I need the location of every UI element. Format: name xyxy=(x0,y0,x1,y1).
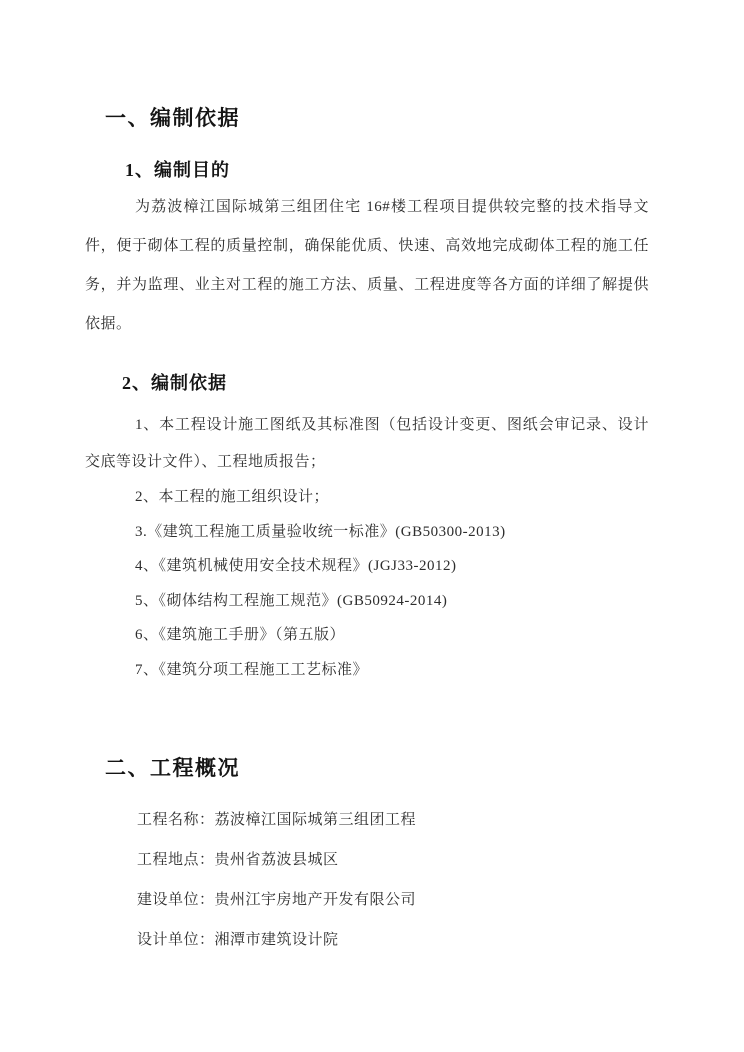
construction-unit-line: 建设单位：贵州江宇房地产开发有限公司 xyxy=(137,880,416,920)
basis-item-6: 6、《建筑施工手册》（第五版） xyxy=(85,617,649,654)
project-name-line: 工程名称：荔波樟江国际城第三组团工程 xyxy=(137,800,416,840)
subsection-heading-compilation-purpose: 1、编制目的 xyxy=(125,156,230,182)
basis-item-3: 3.《建筑工程施工质量验收统一标准》(GB50300-2013) xyxy=(85,514,649,551)
purpose-paragraph: 为荔波樟江国际城第三组团住宅 16#楼工程项目提供较完整的技术指导文件，便于砌体… xyxy=(85,188,649,344)
subsection-heading-compilation-references: 2、编制依据 xyxy=(122,369,227,395)
section-heading-project-overview: 二、工程概况 xyxy=(105,752,240,782)
basis-item-4: 4、《建筑机械使用安全技术规程》(JGJ33-2012) xyxy=(85,548,649,585)
project-location-line: 工程地点：贵州省荔波县城区 xyxy=(137,840,339,880)
basis-item-5: 5、《砌体结构工程施工规范》(GB50924-2014) xyxy=(85,583,649,620)
basis-item-7: 7、《建筑分项工程施工工艺标准》 xyxy=(85,652,649,689)
document-page: 一、编制依据 1、编制目的 为荔波樟江国际城第三组团住宅 16#楼工程项目提供较… xyxy=(0,0,744,1052)
section-heading-compilation-basis: 一、编制依据 xyxy=(105,102,240,132)
basis-item-2: 2、本工程的施工组织设计； xyxy=(85,479,649,516)
design-unit-line: 设计单位：湘潭市建筑设计院 xyxy=(137,920,339,960)
basis-item-1: 1、本工程设计施工图纸及其标准图（包括设计变更、图纸会审记录、设计交底等设计文件… xyxy=(85,407,649,481)
